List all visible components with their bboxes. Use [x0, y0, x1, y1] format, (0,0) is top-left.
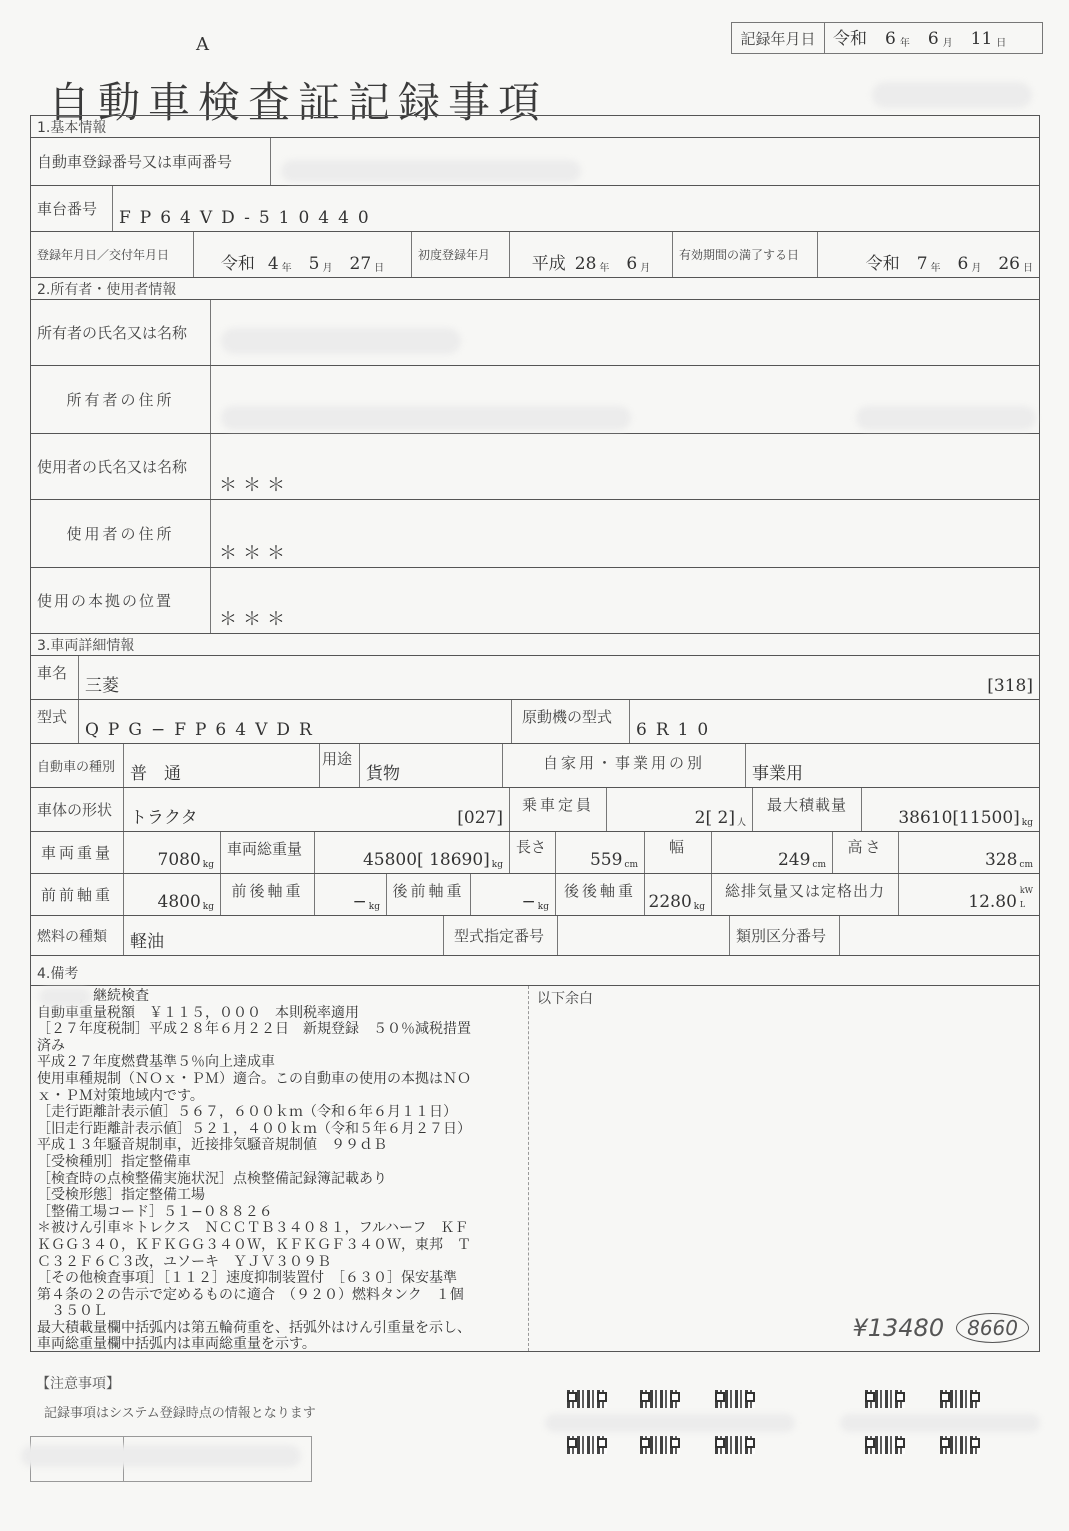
record-date-era: 令和: [833, 24, 867, 49]
remarks-row: ，継続検査 自動車重量税額 ￥１１５，０００ 本則税率適用 ［２７年度税制］平成…: [31, 986, 1039, 1351]
masked-value: ＊＊＊: [219, 605, 291, 631]
unit-kg: kg: [1022, 818, 1033, 828]
qr-code: [640, 1390, 680, 1408]
reg-number-value: [271, 138, 1039, 185]
dates-row: 登録年月日／交付年月日 令和 4年 5月 27日 初度登録年月 平成 28年 6…: [31, 232, 1039, 278]
fr-axle-value: −kg: [315, 874, 387, 915]
year: 7: [917, 254, 928, 274]
capacity-value: 2[ 2]人: [607, 788, 753, 831]
redacted-area: [545, 1414, 795, 1432]
height-value: 328cm: [899, 832, 1039, 873]
fuel-row: 燃料の種類 軽油 型式指定番号 類別区分番号: [31, 916, 1039, 956]
chassis-label: 車台番号: [31, 186, 113, 231]
section-heading: 2.所有者・使用者情報: [37, 279, 176, 299]
width-value: 249cm: [712, 832, 833, 873]
car-name-value: 三菱 [318]: [79, 656, 1039, 699]
body-shape-value: トラクタ [027]: [124, 788, 510, 831]
user-name-row: 使用者の氏名又は名称 ＊＊＊: [31, 434, 1039, 500]
type-designation-value: [558, 916, 730, 955]
owner-address-value: [211, 366, 1039, 433]
day: 27: [350, 254, 372, 274]
private-business-value: 事業用: [746, 744, 1039, 787]
displacement-units: kW L: [1020, 884, 1033, 912]
length: 559: [590, 850, 622, 870]
section-remarks-heading: 4.備考: [31, 956, 1039, 986]
section-owner-user-heading: 2.所有者・使用者情報: [31, 278, 1039, 300]
user-address-row: 使用者の住所 ＊＊＊: [31, 500, 1039, 568]
qr-code: [640, 1436, 680, 1454]
gross-weight-value: 45800[ 18690]kg: [315, 832, 510, 873]
record-date-label: 記録年月日: [732, 23, 825, 53]
private-business-label: 自家用・事業用の別: [503, 744, 746, 787]
redacted-area: [281, 160, 581, 182]
body-shape: トラクタ: [130, 803, 198, 828]
length-label: 長さ: [510, 832, 556, 873]
width-label: 幅: [645, 832, 712, 873]
redacted-area: [221, 328, 461, 354]
unit-month: 月: [971, 259, 981, 274]
first-reg-label: 初度登録年月: [412, 232, 510, 277]
masked-value: ＊＊＊: [219, 539, 291, 565]
redacted-area: [840, 1414, 1040, 1432]
category-label: 類別区分番号: [730, 916, 840, 955]
era: 令和: [221, 249, 255, 274]
unit-day: 日: [1023, 259, 1033, 274]
remarks-right: 以下余白 ¥13480 8660: [529, 986, 1039, 1351]
base-location-label: 使用の本拠の位置: [31, 568, 211, 633]
expiry-value: 令和 7年 6月 26日: [818, 232, 1039, 277]
unit-kg: kg: [538, 902, 549, 912]
unit-year: 年: [599, 259, 609, 274]
first-reg-value: 平成 28年 6月: [510, 232, 673, 277]
rf-axle: −: [522, 892, 536, 912]
axle-row: 前前軸重 4800kg 前後軸重 −kg 後前軸重 −kg 後後軸重 2280k…: [31, 874, 1039, 916]
unit-kg: kg: [694, 902, 705, 912]
engine-model-label: 原動機の型式: [512, 700, 630, 743]
gross-weight: 45800[ 18690]: [363, 850, 490, 870]
rr-axle-label: 後後軸重: [556, 874, 645, 915]
ff-axle-label: 前前軸重: [31, 874, 124, 915]
length-value: 559cm: [556, 832, 645, 873]
displacement-value: 12.80 kW L: [899, 874, 1039, 915]
user-address-value: ＊＊＊: [211, 500, 1039, 567]
owner-name-value: [211, 300, 1039, 365]
unit-kg: kg: [203, 860, 214, 870]
owner-name-row: 所有者の氏名又は名称: [31, 300, 1039, 366]
vehicle-weight-value: 7080kg: [124, 832, 221, 873]
owner-name-label: 所有者の氏名又は名称: [31, 300, 211, 365]
model-label: 型式: [31, 700, 79, 743]
unit-cm: cm: [624, 860, 638, 870]
vehicle-type-row: 自動車の種別 普 通 用途 貨物 自家用・事業用の別 事業用: [31, 744, 1039, 788]
unit-day: 日: [374, 259, 384, 274]
masked-value: ＊＊＊: [219, 471, 291, 497]
unit-person: 人: [737, 815, 746, 828]
car-name-code: [318]: [987, 676, 1033, 696]
unit-l: L: [1020, 898, 1033, 912]
unit-year: 年: [931, 259, 941, 274]
user-name-label: 使用者の氏名又は名称: [31, 434, 211, 499]
fuel-value: 軽油: [124, 916, 444, 955]
expiry-label: 有効期間の満了する日: [673, 232, 818, 277]
car-name-row: 車名 三菱 [318]: [31, 656, 1039, 700]
qr-code: [567, 1436, 607, 1454]
car-name-label: 車名: [31, 656, 79, 699]
unit-kw: kW: [1020, 884, 1033, 898]
vehicle-type-value: 普 通: [124, 744, 320, 787]
qr-code: [940, 1436, 980, 1454]
remarks-text: ，継続検査 自動車重量税額 ￥１１５，０００ 本則税率適用 ［２７年度税制］平成…: [31, 986, 529, 1351]
capacity-label: 乗車定員: [510, 788, 607, 831]
qr-code: [715, 1436, 755, 1454]
chassis-value: FP64VD-510440: [113, 186, 1039, 231]
month: 5: [309, 254, 320, 274]
rr-axle: 2280: [649, 892, 692, 912]
reg-date-label: 登録年月日／交付年月日: [31, 232, 194, 277]
usage-value: 貨物: [360, 744, 503, 787]
ff-axle: 4800: [158, 892, 201, 912]
body-shape-label: 車体の形状: [31, 788, 124, 831]
section-heading: 4.備考: [37, 963, 78, 983]
redacted-area: [872, 82, 1032, 108]
era: 平成: [532, 249, 566, 274]
notes-text: 記録事項はシステム登録時点の情報となります: [44, 1402, 316, 1421]
qr-code: [865, 1390, 905, 1408]
section-vehicle-detail-heading: 3.車両詳細情報: [31, 634, 1039, 656]
handwritten-note: ¥13480 8660: [852, 1313, 1029, 1343]
max-load-value: 38610[11500]kg: [862, 788, 1039, 831]
base-location-row: 使用の本拠の位置 ＊＊＊: [31, 568, 1039, 634]
model-row: 型式 QPG−FP64VDR 原動機の型式 6R10: [31, 700, 1039, 744]
type-designation-label: 型式指定番号: [444, 916, 558, 955]
fuel-label: 燃料の種類: [31, 916, 124, 955]
model-value: QPG−FP64VDR: [79, 700, 512, 743]
redacted-area: [39, 988, 91, 1006]
body-shape-row: 車体の形状 トラクタ [027] 乗車定員 2[ 2]人 最大積載量 38610…: [31, 788, 1039, 832]
unit-year: 年: [282, 259, 292, 274]
record-date-box: 記録年月日 令和 6年 6月 11日: [731, 22, 1043, 54]
chassis-row: 車台番号 FP64VD-510440: [31, 186, 1039, 232]
unit-month: 月: [640, 259, 650, 274]
inspection-record-form: 1.基本情報 自動車登録番号又は車両番号 車台番号 FP64VD-510440 …: [30, 115, 1040, 1352]
unit-day: 日: [996, 34, 1006, 49]
unit-kg: kg: [203, 902, 214, 912]
height-label: 高さ: [833, 832, 899, 873]
weight-size-row: 車両重量 7080kg 車両総重量 45800[ 18690]kg 長さ 559…: [31, 832, 1039, 874]
month: 6: [626, 254, 637, 274]
height: 328: [985, 850, 1017, 870]
section-basic-info-heading: 1.基本情報: [31, 116, 1039, 138]
qr-code: [567, 1390, 607, 1408]
year: 4: [268, 254, 279, 274]
record-date-year: 6: [885, 29, 896, 49]
record-date-day: 11: [971, 29, 993, 49]
unit-month: 月: [323, 259, 333, 274]
max-load-label: 最大積載量: [753, 788, 862, 831]
redacted-area: [221, 406, 631, 430]
blank-below-note: 以下余白: [537, 991, 593, 1007]
unit-year: 年: [900, 34, 910, 49]
era: 令和: [866, 249, 900, 274]
handwritten-amount: ¥13480: [852, 1314, 944, 1342]
displacement-label: 総排気量又は定格出力: [712, 874, 899, 915]
vehicle-type-label: 自動車の種別: [31, 744, 124, 787]
qr-code: [715, 1390, 755, 1408]
user-name-value: ＊＊＊: [211, 434, 1039, 499]
rf-axle-value: −kg: [471, 874, 556, 915]
max-load: 38610[11500]: [898, 808, 1019, 828]
base-location-value: ＊＊＊: [211, 568, 1039, 633]
unit-kg: kg: [369, 902, 380, 912]
month: 6: [958, 254, 969, 274]
fr-axle: −: [353, 892, 367, 912]
vehicle-weight-label: 車両重量: [31, 832, 124, 873]
record-date-value: 令和 6年 6月 11日: [825, 23, 1042, 53]
year: 28: [575, 254, 597, 274]
unit-cm: cm: [812, 860, 826, 870]
category-value: [840, 916, 1039, 955]
redacted-area: [856, 406, 1036, 430]
owner-address-label: 所有者の住所: [31, 366, 211, 433]
record-date-month: 6: [928, 29, 939, 49]
reg-number-label: 自動車登録番号又は車両番号: [31, 138, 271, 185]
gross-weight-label: 車両総重量: [221, 832, 315, 873]
width: 249: [778, 850, 810, 870]
unit-cm: cm: [1019, 860, 1033, 870]
qr-code: [865, 1436, 905, 1454]
ff-axle-value: 4800kg: [124, 874, 221, 915]
rf-axle-label: 後前軸重: [387, 874, 471, 915]
handwritten-circled-amount: 8660: [956, 1313, 1029, 1343]
stub-box: [30, 1436, 312, 1482]
notes-title: 【注意事項】: [36, 1373, 120, 1393]
owner-address-row: 所有者の住所: [31, 366, 1039, 434]
displacement: 12.80: [968, 892, 1017, 912]
reg-number-row: 自動車登録番号又は車両番号: [31, 138, 1039, 186]
fr-axle-label: 前後軸重: [221, 874, 315, 915]
user-address-label: 使用者の住所: [31, 500, 211, 567]
sheet-letter: A: [196, 34, 209, 55]
body-shape-code: [027]: [457, 808, 503, 828]
day: 26: [998, 254, 1020, 274]
usage-label: 用途: [320, 744, 360, 787]
capacity: 2[ 2]: [695, 808, 735, 828]
section-heading: 1.基本情報: [37, 117, 106, 137]
qr-code: [940, 1390, 980, 1408]
redacted-area: [21, 1445, 301, 1467]
rr-axle-value: 2280kg: [645, 874, 712, 915]
vehicle-weight: 7080: [158, 850, 201, 870]
reg-date-value: 令和 4年 5月 27日: [194, 232, 412, 277]
unit-kg: kg: [492, 860, 503, 870]
unit-month: 月: [943, 34, 953, 49]
engine-model-value: 6R10: [630, 700, 1039, 743]
car-name: 三菱: [85, 671, 119, 696]
section-heading: 3.車両詳細情報: [37, 635, 134, 655]
